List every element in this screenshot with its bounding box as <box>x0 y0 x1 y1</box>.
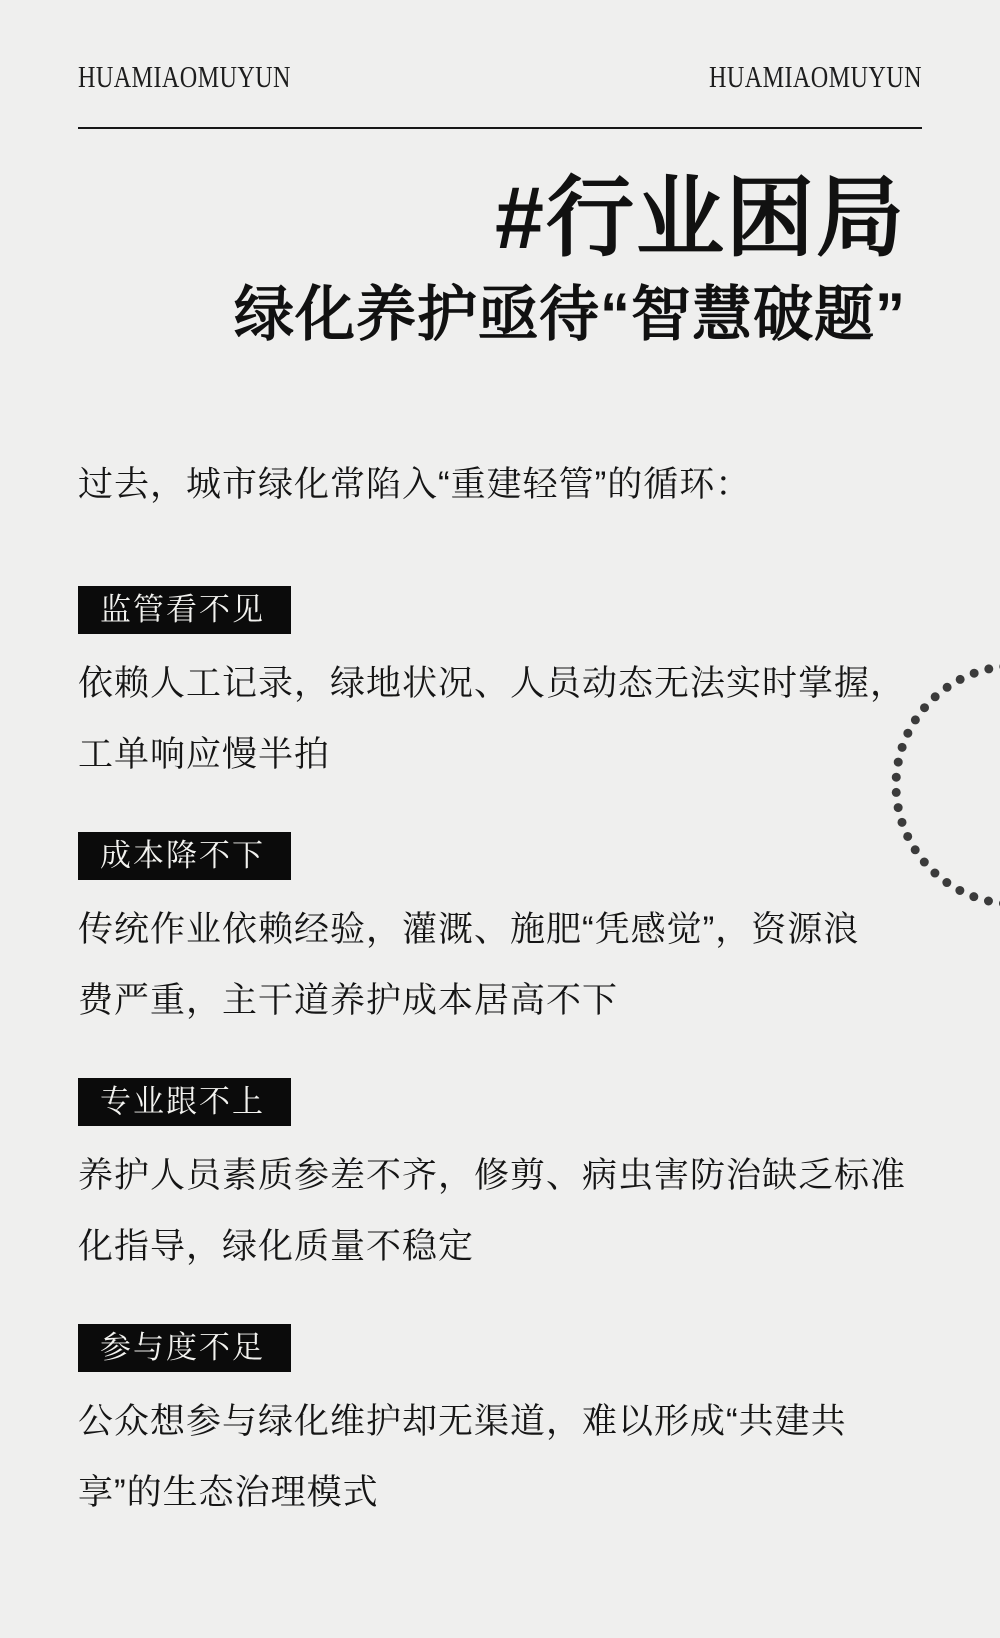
section-body: 养护人员素质参差不齐，修剪、病虫害防治缺乏标准 化指导，绿化质量不稳定 <box>78 1140 922 1282</box>
section-expertise: 专业跟不上 养护人员素质参差不齐，修剪、病虫害防治缺乏标准 化指导，绿化质量不稳… <box>78 1078 922 1282</box>
section-participation: 参与度不足 公众想参与绿化维护却无渠道，难以形成“共建共 享”的生态治理模式 <box>78 1324 922 1528</box>
section-badge: 成本降不下 <box>78 832 291 880</box>
section-supervision: 监管看不见 依赖人工记录，绿地状况、人员动态无法实时掌握， 工单响应慢半拍 <box>78 586 922 790</box>
header: HUAMIAOMUYUN HUAMIAOMUYUN <box>0 0 1000 94</box>
section-body-line: 费严重，主干道养护成本居高不下 <box>78 965 922 1036</box>
section-body: 传统作业依赖经验，灌溉、施肥“凭感觉”，资源浪 费严重，主干道养护成本居高不下 <box>78 894 922 1036</box>
section-body-line: 传统作业依赖经验，灌溉、施肥“凭感觉”，资源浪 <box>78 894 922 965</box>
section-body-line: 养护人员素质参差不齐，修剪、病虫害防治缺乏标准 <box>78 1140 922 1211</box>
page-title: #行业困局 <box>0 174 906 262</box>
poster-page: HUAMIAOMUYUN HUAMIAOMUYUN #行业困局 绿化养护亟待“智… <box>0 0 1000 1638</box>
section-body-line: 依赖人工记录，绿地状况、人员动态无法实时掌握， <box>78 648 922 719</box>
intro-text: 过去，城市绿化常陷入“重建轻管”的循环： <box>78 460 922 510</box>
page-subtitle: 绿化养护亟待“智慧破题” <box>0 282 906 348</box>
brand-logo-left: HUAMIAOMUYUN <box>78 60 291 94</box>
header-divider <box>78 127 922 129</box>
problem-sections: 监管看不见 依赖人工记录，绿地状况、人员动态无法实时掌握， 工单响应慢半拍 成本… <box>78 586 922 1528</box>
section-badge: 参与度不足 <box>78 1324 291 1372</box>
section-body-line: 工单响应慢半拍 <box>78 719 922 790</box>
section-body-line: 享”的生态治理模式 <box>78 1457 922 1528</box>
section-body-line: 公众想参与绿化维护却无渠道，难以形成“共建共 <box>78 1386 922 1457</box>
section-cost: 成本降不下 传统作业依赖经验，灌溉、施肥“凭感觉”，资源浪 费严重，主干道养护成… <box>78 832 922 1036</box>
brand-logo-right: HUAMIAOMUYUN <box>709 60 922 94</box>
hero-block: #行业困局 绿化养护亟待“智慧破题” <box>0 174 1000 348</box>
section-body: 依赖人工记录，绿地状况、人员动态无法实时掌握， 工单响应慢半拍 <box>78 648 922 790</box>
section-badge: 监管看不见 <box>78 586 291 634</box>
section-body-line: 化指导，绿化质量不稳定 <box>78 1211 922 1282</box>
section-badge: 专业跟不上 <box>78 1078 291 1126</box>
section-body: 公众想参与绿化维护却无渠道，难以形成“共建共 享”的生态治理模式 <box>78 1386 922 1528</box>
